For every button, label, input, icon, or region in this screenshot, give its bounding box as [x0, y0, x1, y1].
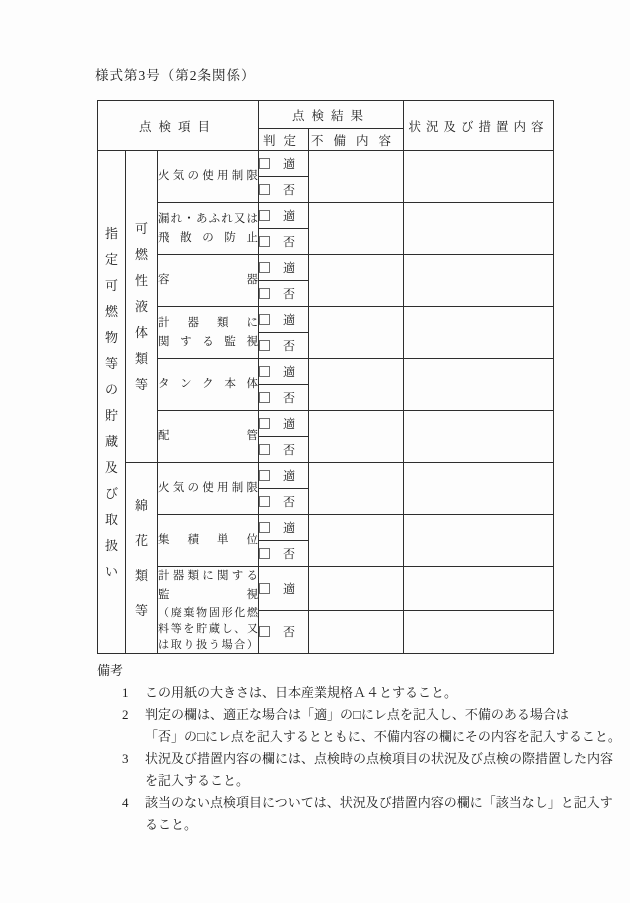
vertical-char: 可 — [105, 279, 118, 292]
vertical-char: の — [105, 383, 118, 396]
judgment-fail-cell[interactable]: 否 — [259, 385, 309, 411]
vertical-char: 類 — [135, 569, 148, 582]
checkbox-fail-icon[interactable] — [259, 496, 270, 507]
judgment-fail-cell[interactable]: 否 — [259, 541, 309, 567]
inspection-table: 点検項目 点検結果 状況及び措置内容 判定 不備内容 指定可燃物等の貯蔵及び取扱… — [97, 100, 554, 654]
judgment-pass-label: 適 — [283, 209, 295, 223]
checkbox-fail-icon[interactable] — [259, 184, 270, 195]
status-cell[interactable] — [404, 567, 554, 611]
header-inspection-item: 点検項目 — [98, 101, 259, 151]
vertical-char: 燃 — [105, 305, 118, 318]
deficiency-cell[interactable] — [309, 359, 404, 411]
remark-text: この用紙の大きさは、日本産業規格Ａ４とすること。 — [132, 682, 457, 704]
item-label-line: 火気の使用制限 — [158, 479, 258, 498]
judgment-pass-cell[interactable]: 適 — [259, 567, 309, 611]
checkbox-pass-icon[interactable] — [259, 470, 270, 481]
judgment-fail-cell[interactable]: 否 — [259, 281, 309, 307]
vertical-char: 定 — [105, 253, 118, 266]
item-label-line: 容器 — [158, 271, 258, 290]
remark-item: 3 状況及び措置内容の欄には、点検時の点検項目の状況及び点検の際措置した内容を記… — [97, 748, 621, 792]
vertical-char: 及 — [105, 461, 118, 474]
item-label: 配管 — [158, 411, 259, 463]
judgment-fail-cell[interactable]: 否 — [259, 177, 309, 203]
status-cell[interactable] — [404, 359, 554, 411]
judgment-pass-label: 適 — [283, 157, 295, 171]
checkbox-fail-icon[interactable] — [259, 288, 270, 299]
item-label: 容器 — [158, 255, 259, 307]
judgment-fail-cell[interactable]: 否 — [259, 437, 309, 463]
item-label-line: 監視 — [158, 586, 258, 605]
checkbox-pass-icon[interactable] — [259, 583, 270, 594]
deficiency-cell[interactable] — [309, 463, 404, 515]
vertical-char: 燃 — [135, 248, 148, 261]
header-deficiency: 不備内容 — [309, 129, 404, 151]
deficiency-cell[interactable] — [309, 203, 404, 255]
vertical-char: 取 — [105, 513, 118, 526]
checkbox-pass-icon[interactable] — [259, 210, 270, 221]
group-flammable-liquids: 可燃性液体類等 — [126, 151, 158, 463]
group-vertical-text: 綿花類等 — [126, 499, 157, 617]
remark-line: 「否」の□にレ点を記入するとともに、不備内容の欄にその内容を記入すること。 — [145, 726, 621, 748]
judgment-pass-label: 適 — [283, 417, 295, 431]
item-label-subline: は取り扱う場合） — [158, 637, 258, 653]
remark-line: 該当のない点検項目については、状況及び措置内容の欄に「該当なし」と記入す — [145, 792, 613, 814]
vertical-char: 等 — [135, 604, 148, 617]
remark-text: 判定の欄は、適正な場合は「適」の□にレ点を記入し、不備のある場合は「否」の□にレ… — [132, 704, 621, 748]
item-label: 集積単位 — [158, 515, 259, 567]
judgment-pass-cell[interactable]: 適 — [259, 463, 309, 489]
remark-line: ること。 — [145, 814, 613, 836]
status-cell[interactable] — [404, 515, 554, 567]
vertical-char: 蔵 — [105, 435, 118, 448]
judgment-fail-label: 否 — [283, 443, 295, 457]
item-label-line: 関する監視 — [158, 333, 258, 352]
item-label-line: 漏れ・あふれ又は — [158, 210, 258, 229]
remark-number: 1 — [97, 682, 132, 704]
remark-number: 2 — [97, 704, 132, 748]
deficiency-cell[interactable] — [309, 307, 404, 359]
deficiency-cell[interactable] — [309, 411, 404, 463]
vertical-char: 物 — [105, 331, 118, 344]
judgment-pass-cell[interactable]: 適 — [259, 203, 309, 229]
remark-line: 状況及び措置内容の欄には、点検時の点検項目の状況及び点検の際措置した内容 — [145, 748, 613, 770]
remarks-title: 備考 — [97, 660, 621, 682]
remark-line: この用紙の大きさは、日本産業規格Ａ４とすること。 — [145, 682, 457, 704]
item-label: 漏れ・あふれ又は飛散の防止 — [158, 203, 259, 255]
judgment-fail-label: 否 — [283, 235, 295, 249]
remark-item: 4 該当のない点検項目については、状況及び措置内容の欄に「該当なし」と記入するこ… — [97, 792, 621, 836]
judgment-pass-label: 適 — [283, 365, 295, 379]
judgment-pass-cell[interactable]: 適 — [259, 411, 309, 437]
vertical-char: 等 — [105, 357, 118, 370]
judgment-pass-cell[interactable]: 適 — [259, 515, 309, 541]
vertical-char: 可 — [135, 222, 148, 235]
checkbox-pass-icon[interactable] — [259, 262, 270, 273]
status-cell[interactable] — [404, 463, 554, 515]
form-page: 様式第3号（第2条関係） 点検項目 点検結果 状況及び措置内容 判定 不備内容 … — [0, 0, 630, 903]
judgment-pass-label: 適 — [283, 313, 295, 327]
item-label-subline: （廃棄物固形化燃 — [158, 605, 258, 621]
checkbox-fail-icon[interactable] — [259, 444, 270, 455]
checkbox-fail-icon[interactable] — [259, 340, 270, 351]
vertical-char: 綿 — [135, 499, 148, 512]
header-status-measures: 状況及び措置内容 — [404, 101, 554, 151]
judgment-fail-label: 否 — [283, 495, 295, 509]
header-judgment: 判定 — [259, 129, 309, 151]
form-title: 様式第3号（第2条関係） — [95, 64, 256, 84]
judgment-pass-label: 適 — [283, 582, 295, 596]
checkbox-pass-icon[interactable] — [259, 158, 270, 169]
checkbox-pass-icon[interactable] — [259, 366, 270, 377]
status-cell[interactable] — [404, 307, 554, 359]
remark-number: 3 — [97, 748, 132, 792]
judgment-fail-cell[interactable]: 否 — [259, 489, 309, 515]
vertical-char: 体 — [135, 326, 148, 339]
judgment-pass-label: 適 — [283, 261, 295, 275]
remark-line: を記入すること。 — [145, 770, 613, 792]
vertical-char: 性 — [135, 274, 148, 287]
deficiency-cell[interactable] — [309, 610, 404, 654]
status-cell[interactable] — [404, 411, 554, 463]
checkbox-pass-icon[interactable] — [259, 314, 270, 325]
vertical-char: 類 — [135, 352, 148, 365]
status-cell[interactable] — [404, 255, 554, 307]
deficiency-cell[interactable] — [309, 255, 404, 307]
vertical-char: 等 — [135, 378, 148, 391]
vertical-char: 液 — [135, 300, 148, 313]
judgment-fail-label: 否 — [283, 339, 295, 353]
remark-text: 状況及び措置内容の欄には、点検時の点検項目の状況及び点検の際措置した内容を記入す… — [132, 748, 613, 792]
item-label-line: 計器類に — [158, 314, 258, 333]
vertical-char: 指 — [105, 227, 118, 240]
item-label-line: 集積単位 — [158, 531, 258, 550]
checkbox-fail-icon[interactable] — [259, 548, 270, 559]
vertical-char: び — [105, 487, 118, 500]
checkbox-fail-icon[interactable] — [259, 236, 270, 247]
judgment-fail-cell[interactable]: 否 — [259, 333, 309, 359]
item-label: タンク本体 — [158, 359, 259, 411]
vertical-char: 扱 — [105, 539, 118, 552]
deficiency-cell[interactable] — [309, 515, 404, 567]
item-label: 火気の使用制限 — [158, 151, 259, 203]
judgment-pass-cell[interactable]: 適 — [259, 255, 309, 281]
remark-text: 該当のない点検項目については、状況及び措置内容の欄に「該当なし」と記入すること。 — [132, 792, 613, 836]
status-cell[interactable] — [404, 610, 554, 654]
item-label-line: 飛散の防止 — [158, 229, 258, 248]
judgment-fail-cell[interactable]: 否 — [259, 610, 309, 654]
judgment-pass-label: 適 — [283, 469, 295, 483]
vertical-char: 貯 — [105, 409, 118, 422]
judgment-fail-label: 否 — [283, 547, 295, 561]
remark-item: 2 判定の欄は、適正な場合は「適」の□にレ点を記入し、不備のある場合は「否」の□… — [97, 704, 621, 748]
remarks-section: 備考 1 この用紙の大きさは、日本産業規格Ａ４とすること。 2 判定の欄は、適正… — [97, 660, 621, 836]
item-label: 計器類に関する監視 — [158, 307, 259, 359]
vertical-char: い — [105, 565, 118, 578]
item-label-subline: 料等を貯蔵し、又 — [158, 621, 258, 637]
item-label-line: 計器類に関する — [158, 567, 258, 586]
item-label: 火気の使用制限 — [158, 463, 259, 515]
checkbox-fail-icon[interactable] — [259, 392, 270, 403]
judgment-pass-label: 適 — [283, 521, 295, 535]
judgment-pass-cell[interactable]: 適 — [259, 307, 309, 333]
deficiency-cell[interactable] — [309, 567, 404, 611]
judgment-fail-label: 否 — [283, 391, 295, 405]
remark-item: 1 この用紙の大きさは、日本産業規格Ａ４とすること。 — [97, 682, 621, 704]
checkbox-fail-icon[interactable] — [259, 626, 270, 637]
judgment-fail-label: 否 — [283, 625, 295, 639]
status-cell[interactable] — [404, 151, 554, 203]
item-label-line: 配管 — [158, 427, 258, 446]
judgment-pass-cell[interactable]: 適 — [259, 359, 309, 385]
category-vertical-text: 指定可燃物等の貯蔵及び取扱い — [98, 227, 125, 578]
item-label-line: 火気の使用制限 — [158, 167, 258, 186]
group-vertical-text: 可燃性液体類等 — [126, 222, 157, 391]
header-inspection-result: 点検結果 — [259, 101, 404, 129]
remark-number: 4 — [97, 792, 132, 836]
category-designated-combustibles: 指定可燃物等の貯蔵及び取扱い — [98, 151, 126, 654]
checkbox-pass-icon[interactable] — [259, 522, 270, 533]
item-label-line: タンク本体 — [158, 375, 258, 394]
deficiency-cell[interactable] — [309, 151, 404, 203]
judgment-fail-cell[interactable]: 否 — [259, 229, 309, 255]
status-cell[interactable] — [404, 203, 554, 255]
vertical-char: 花 — [135, 534, 148, 547]
judgment-pass-cell[interactable]: 適 — [259, 151, 309, 177]
judgment-fail-label: 否 — [283, 183, 295, 197]
remark-line: 判定の欄は、適正な場合は「適」の□にレ点を記入し、不備のある場合は — [145, 704, 621, 726]
group-cotton: 綿花類等 — [126, 463, 158, 654]
checkbox-pass-icon[interactable] — [259, 418, 270, 429]
judgment-fail-label: 否 — [283, 287, 295, 301]
item-label: 計器類に関する監視 （廃棄物固形化燃料等を貯蔵し、又は取り扱う場合） — [158, 567, 259, 654]
